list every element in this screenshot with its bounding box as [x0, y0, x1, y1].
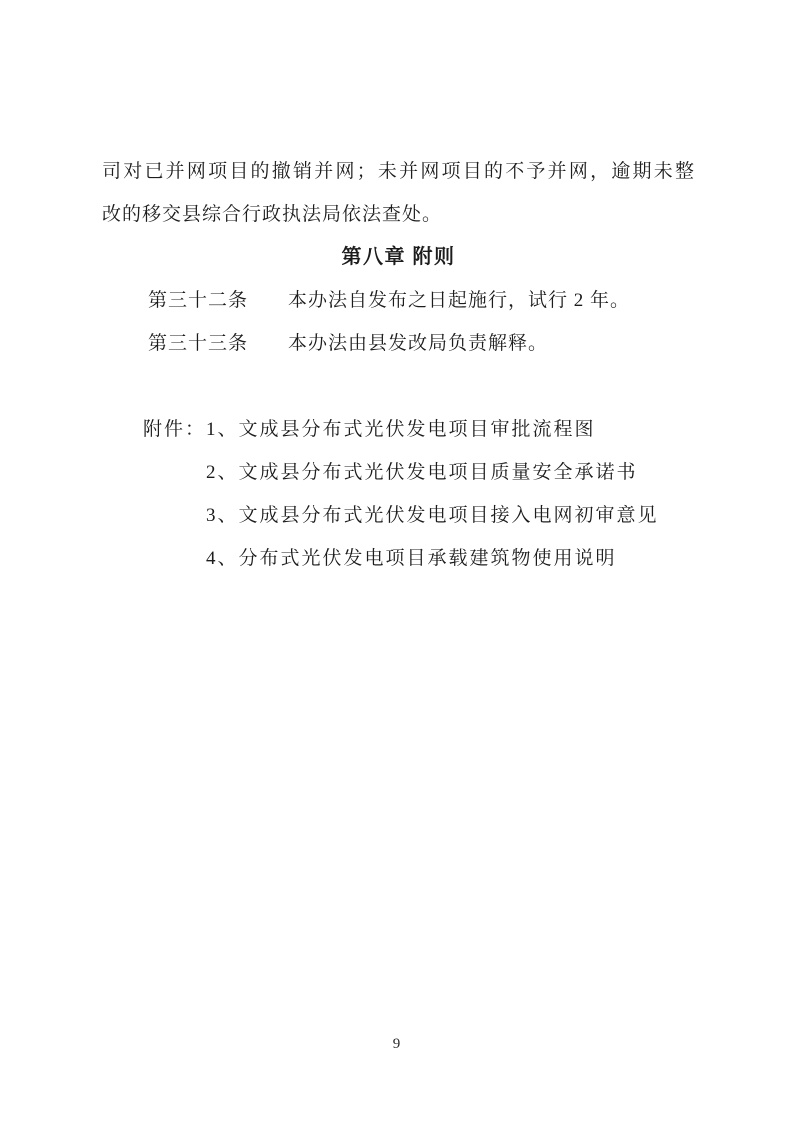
page-content: 司对已并网项目的撤销并网；未并网项目的不予并网，逾期未整 改的移交县综合行政执法… — [102, 0, 695, 580]
page-number: 9 — [0, 1036, 793, 1053]
paragraph-continuation-line-1: 司对已并网项目的撤销并网；未并网项目的不予并网，逾期未整 — [102, 150, 695, 193]
attachments-list: 1、文成县分布式光伏发电项目审批流程图 2、文成县分布式光伏发电项目质量安全承诺… — [206, 408, 695, 580]
attachment-item: 4、分布式光伏发电项目承载建筑物使用说明 — [206, 537, 695, 580]
paragraph-continuation-line-2: 改的移交县综合行政执法局依法查处。 — [102, 193, 695, 236]
article-32: 第三十二条 本办法自发布之日起施行，试行 2 年。 — [102, 279, 695, 322]
attachment-item: 3、文成县分布式光伏发电项目接入电网初审意见 — [206, 494, 695, 537]
attachment-item: 1、文成县分布式光伏发电项目审批流程图 — [206, 408, 695, 451]
article-33: 第三十三条 本办法由县发改局负责解释。 — [102, 322, 695, 365]
document-page: 司对已并网项目的撤销并网；未并网项目的不予并网，逾期未整 改的移交县综合行政执法… — [0, 0, 793, 1122]
attachment-item: 2、文成县分布式光伏发电项目质量安全承诺书 — [206, 451, 695, 494]
attachments-block: 附件： 1、文成县分布式光伏发电项目审批流程图 2、文成县分布式光伏发电项目质量… — [143, 408, 695, 580]
chapter-heading: 第八章 附则 — [102, 236, 695, 279]
attachments-label: 附件： — [143, 408, 206, 580]
